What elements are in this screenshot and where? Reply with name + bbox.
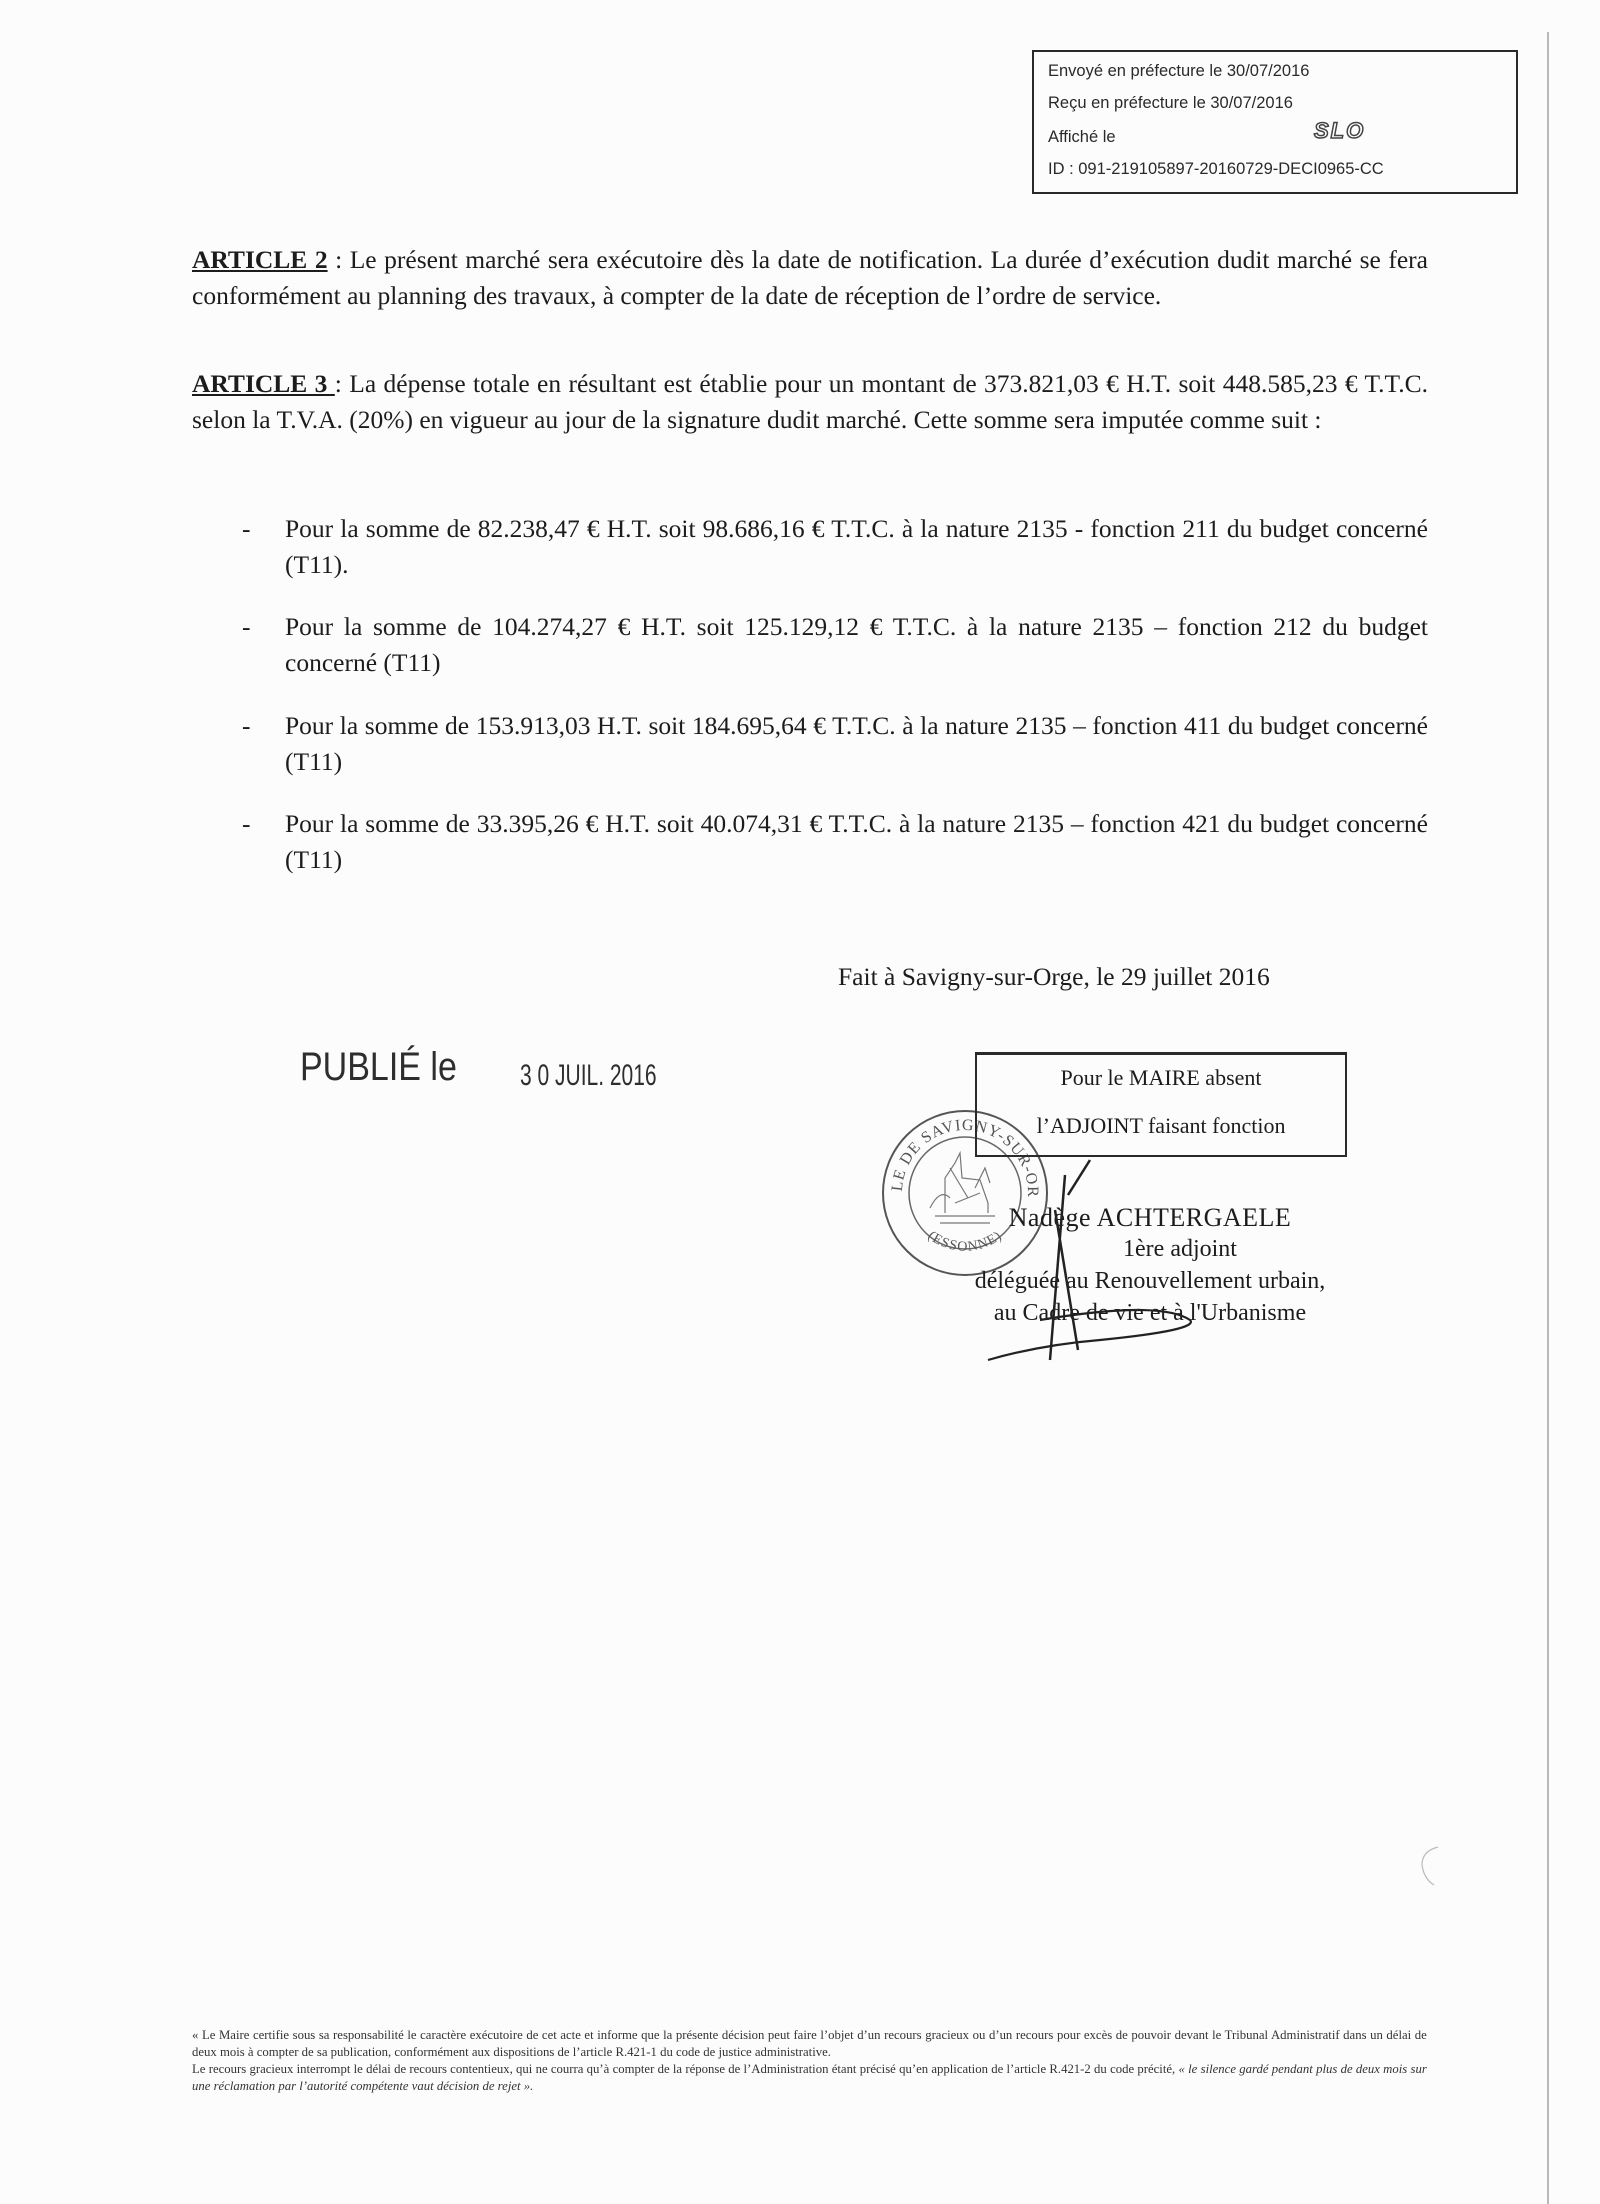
stray-pen-mark xyxy=(1418,1845,1442,1887)
published-stamp: PUBLIÉ le 3 0 JUIL. 2016 xyxy=(300,1045,485,1090)
article-3: ARTICLE 3 : La dépense totale en résulta… xyxy=(192,366,1428,438)
sent-date: Envoyé en préfecture le 30/07/2016 xyxy=(1048,62,1309,81)
handwritten-signature-icon xyxy=(980,1150,1220,1370)
signature-authority-box: Pour le MAIRE absent l’ADJOINT faisant f… xyxy=(975,1052,1347,1157)
posted-label: Affiché le xyxy=(1048,128,1116,147)
posted-mark: SLO xyxy=(1314,118,1365,144)
prefecture-stamp-box: Envoyé en préfecture le 30/07/2016 Reçu … xyxy=(1032,50,1518,194)
authority-line-2: l’ADJOINT faisant fonction xyxy=(977,1113,1345,1139)
published-date: 3 0 JUIL. 2016 xyxy=(520,1059,657,1093)
article-3-text: La dépense totale en résultant est établ… xyxy=(192,369,1428,434)
article-2-text: Le présent marché sera exécutoire dès la… xyxy=(192,245,1428,310)
legal-notice-footer: « Le Maire certifie sous sa responsabili… xyxy=(192,2026,1427,2094)
page-edge-line xyxy=(1547,32,1549,2204)
article-2-label: ARTICLE 2 xyxy=(192,245,328,274)
place-and-date: Fait à Savigny-sur-Orge, le 29 juillet 2… xyxy=(838,962,1270,992)
legal-notice-line-1: « Le Maire certifie sous sa responsabili… xyxy=(192,2026,1427,2060)
article-2: ARTICLE 2 : Le présent marché sera exécu… xyxy=(192,242,1428,314)
published-label: PUBLIÉ le xyxy=(300,1045,457,1090)
act-id: ID : 091-219105897-20160729-DECI0965-CC xyxy=(1048,160,1384,179)
authority-line-1: Pour le MAIRE absent xyxy=(977,1065,1345,1091)
received-date: Reçu en préfecture le 30/07/2016 xyxy=(1048,94,1293,113)
article-3-label: ARTICLE 3 xyxy=(192,369,335,398)
legal-notice-line-2: Le recours gracieux interrompt le délai … xyxy=(192,2061,1175,2076)
